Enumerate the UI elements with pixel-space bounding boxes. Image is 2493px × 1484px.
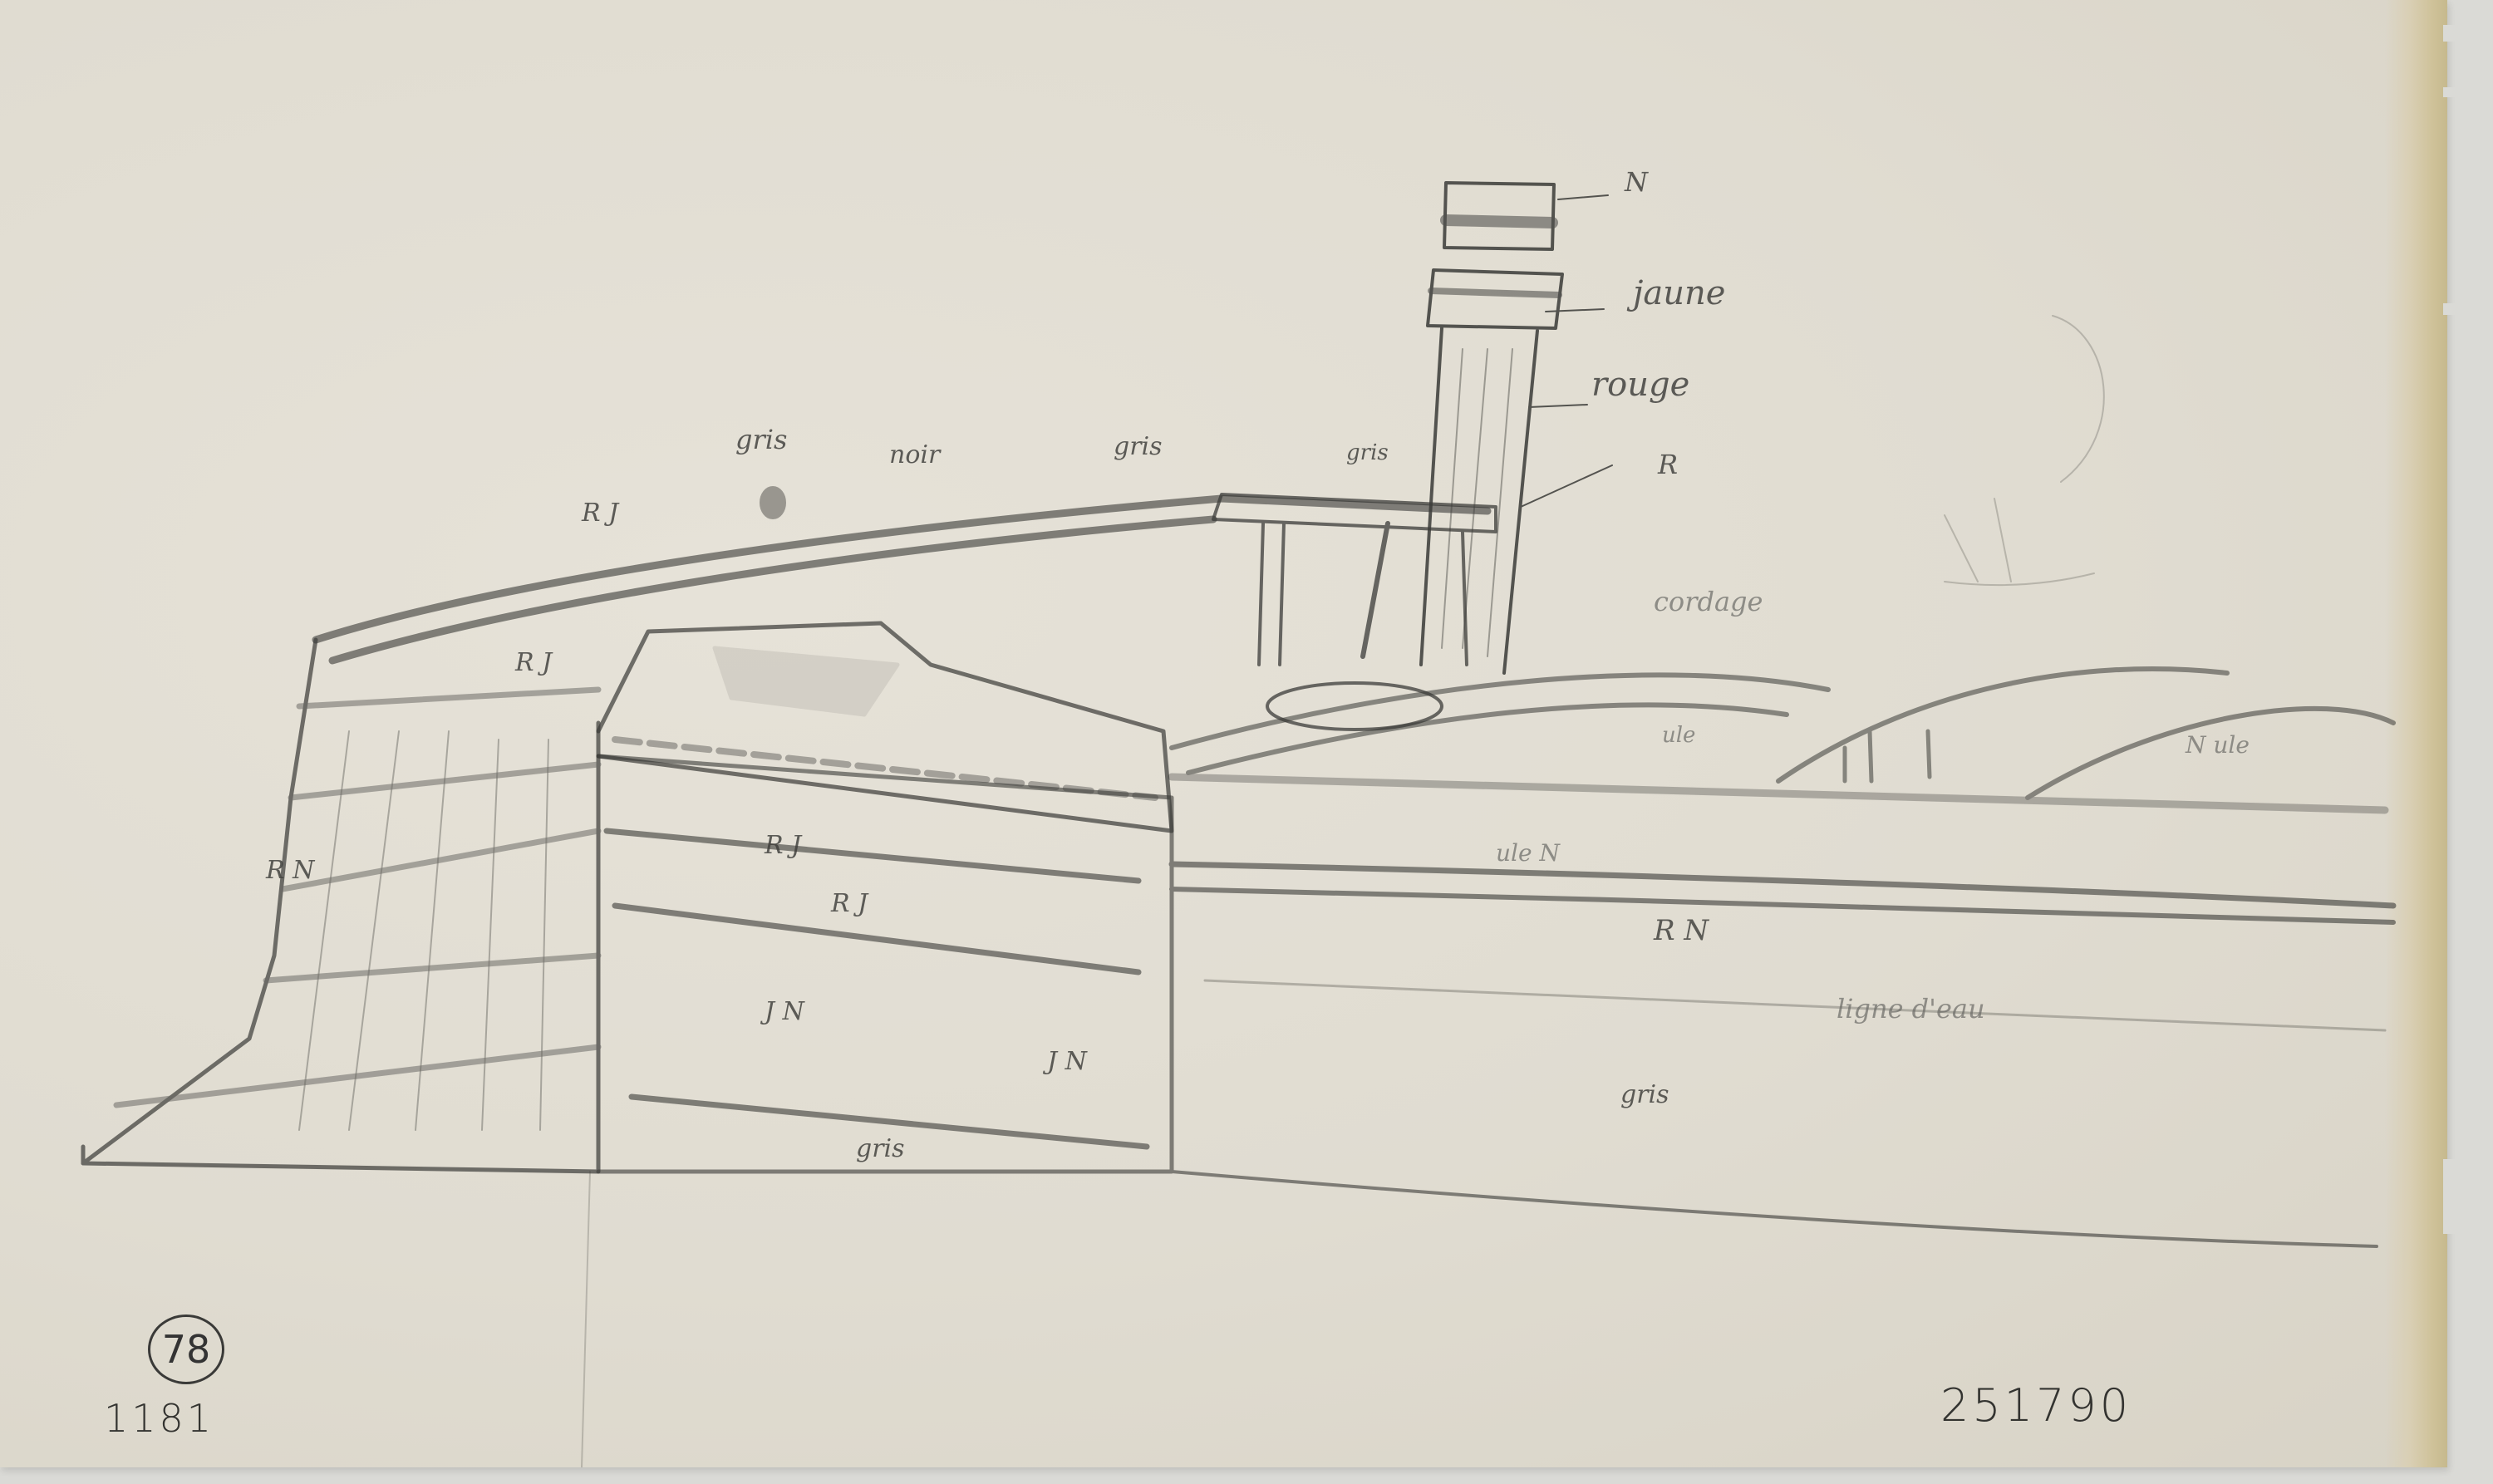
circled-lot-number: 78 <box>148 1314 224 1384</box>
forward-deckhouse <box>598 623 1172 831</box>
sheet-number: 1181 <box>104 1396 214 1441</box>
annotation-hull-1: R J <box>765 831 801 860</box>
annotation-stack-band: jaune <box>1633 274 1725 312</box>
annotation-davit: gris <box>1346 440 1389 465</box>
annotation-hull-5: gris <box>856 1134 905 1163</box>
inventory-number: 251790 <box>1940 1379 2132 1432</box>
annotation-bow-panel: R N <box>266 856 314 885</box>
annotation-awning-1: ule <box>1662 723 1695 748</box>
annotation-stack-top: N <box>1625 166 1648 198</box>
main-hull <box>582 756 2393 1467</box>
smokestack <box>1421 183 1612 673</box>
edge-notch <box>2443 1159 2493 1234</box>
ship-bow <box>83 640 598 1172</box>
annotation-side-1: ule N <box>1496 839 1560 867</box>
annotation-cordage: cordage <box>1654 586 1763 617</box>
circled-lot-number-text: 78 <box>162 1327 211 1372</box>
annotation-stack-base: R <box>1658 449 1678 480</box>
annotation-rail-3: noir <box>889 440 940 469</box>
annotation-hull-3: J N <box>765 997 804 1026</box>
annotation-side-2: R N <box>1654 914 1709 947</box>
edge-notch <box>2443 25 2493 42</box>
annotation-awning-2: N ule <box>2186 731 2250 759</box>
annotation-hull-2: R J <box>831 889 868 918</box>
annotation-bow-upper: R J <box>515 648 552 677</box>
ship-drawing <box>0 0 2447 1467</box>
annotation-hull-4: J N <box>1047 1047 1087 1076</box>
annotation-stack-body: rouge <box>1591 366 1689 404</box>
edge-notch <box>2443 87 2493 97</box>
annotation-rail-2: gris <box>735 424 787 455</box>
faint-mast-sketch <box>1945 316 2104 585</box>
edge-notch <box>2443 303 2493 315</box>
annotation-rail-4: gris <box>1114 432 1163 461</box>
annotation-side-3: gris <box>1620 1080 1669 1109</box>
annotation-rail-1: R J <box>582 499 618 528</box>
annotation-waterline: ligne d'eau <box>1837 993 1985 1025</box>
